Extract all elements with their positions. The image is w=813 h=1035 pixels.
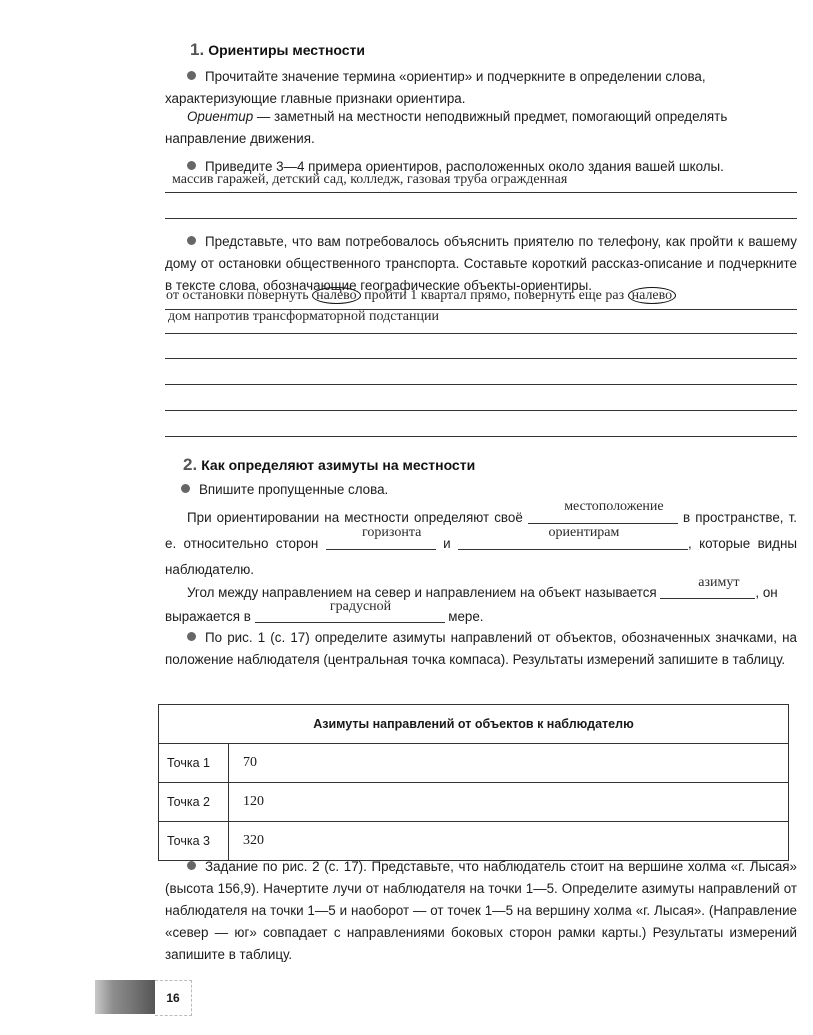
- section-1-number: 1.: [190, 40, 204, 59]
- task-2-1: Впишите пропущенные слова.: [165, 479, 797, 501]
- blank-answer: горизонта: [326, 520, 436, 546]
- bullet-icon: [187, 236, 196, 245]
- section-2-title: Как определяют азимуты на местности: [201, 457, 475, 473]
- task-2-1-text: Впишите пропущенные слова.: [199, 482, 388, 497]
- answer-line: [165, 410, 797, 411]
- row-value[interactable]: 70: [229, 744, 789, 783]
- task-1-1: Прочитайте значение термина «ориентир» и…: [165, 66, 797, 110]
- task-1-3-answer-line-2[interactable]: дом напротив трансформаторной подстанции: [168, 309, 439, 325]
- page-number: 16: [155, 980, 192, 1016]
- table-row: Точка 2 120: [159, 783, 789, 822]
- task-2-3: Задание по рис. 2 (с. 17). Представьте, …: [165, 856, 797, 966]
- blank-field[interactable]: горизонта: [326, 533, 436, 550]
- blank-field[interactable]: ориентирам: [458, 533, 688, 550]
- table-row: Точка 1 70: [159, 744, 789, 783]
- definition-term: Ориентир: [187, 109, 253, 124]
- answer-text: пройти 1 квартал прямо, повернуть еще ра…: [361, 288, 628, 303]
- task-1-1-text: Прочитайте значение термина «ориентир» и…: [165, 69, 706, 106]
- blank-answer: азимут: [660, 571, 755, 595]
- task-2-3-text: Задание по рис. 2 (с. 17). Представьте, …: [165, 859, 797, 962]
- section-1-heading: 1.Ориентиры местности: [190, 40, 365, 60]
- fill-text: и: [436, 536, 458, 551]
- row-label: Точка 2: [159, 783, 229, 822]
- task-1-3-text: Представьте, что вам потребовалось объяс…: [165, 234, 797, 293]
- task-1-2-answer[interactable]: массив гаражей, детский сад, колледж, га…: [172, 172, 567, 188]
- answer-text: от остановки повернуть: [166, 288, 312, 303]
- table-header: Азимуты направлений от объектов к наблюд…: [159, 705, 789, 744]
- table-row: Точка 3 320: [159, 822, 789, 861]
- bullet-icon: [187, 861, 196, 870]
- answer-line: [165, 436, 797, 437]
- blank-answer: градусной: [255, 595, 445, 619]
- fill-text: мере.: [445, 609, 484, 624]
- answer-line: [165, 384, 797, 385]
- answer-line: [165, 333, 797, 334]
- bullet-icon: [181, 484, 190, 493]
- answer-line: [165, 358, 797, 359]
- definition: Ориентир — заметный на местности неподви…: [165, 106, 797, 150]
- circled-word: налево: [312, 287, 361, 304]
- answer-line: [165, 192, 797, 193]
- azimuth-table: Азимуты направлений от объектов к наблюд…: [158, 704, 789, 861]
- blank-field[interactable]: градусной: [255, 606, 445, 623]
- row-value[interactable]: 120: [229, 783, 789, 822]
- row-label: Точка 1: [159, 744, 229, 783]
- blank-answer: местоположение: [528, 494, 678, 520]
- bullet-icon: [187, 632, 196, 641]
- bullet-icon: [187, 161, 196, 170]
- page-tab-decoration: [95, 980, 155, 1014]
- row-value[interactable]: 320: [229, 822, 789, 861]
- section-2-number: 2.: [183, 455, 197, 474]
- fill-in-2: Угол между направлением на север и напра…: [165, 581, 797, 629]
- section-1-title: Ориентиры местности: [208, 42, 365, 58]
- blank-field[interactable]: азимут: [660, 582, 755, 599]
- task-2-2: По рис. 1 (с. 17) определите азимуты нап…: [165, 627, 797, 671]
- answer-line: [165, 218, 797, 219]
- section-2-heading: 2.Как определяют азимуты на местности: [183, 455, 475, 475]
- blank-answer: ориентирам: [458, 520, 688, 546]
- task-1-3-answer-line-1[interactable]: от остановки повернуть налево пройти 1 к…: [166, 288, 676, 304]
- circled-word: налево: [628, 287, 677, 304]
- task-2-2-text: По рис. 1 (с. 17) определите азимуты нап…: [165, 630, 797, 667]
- row-label: Точка 3: [159, 822, 229, 861]
- workbook-page: 1.Ориентиры местности Прочитайте значени…: [0, 0, 813, 1035]
- bullet-icon: [187, 71, 196, 80]
